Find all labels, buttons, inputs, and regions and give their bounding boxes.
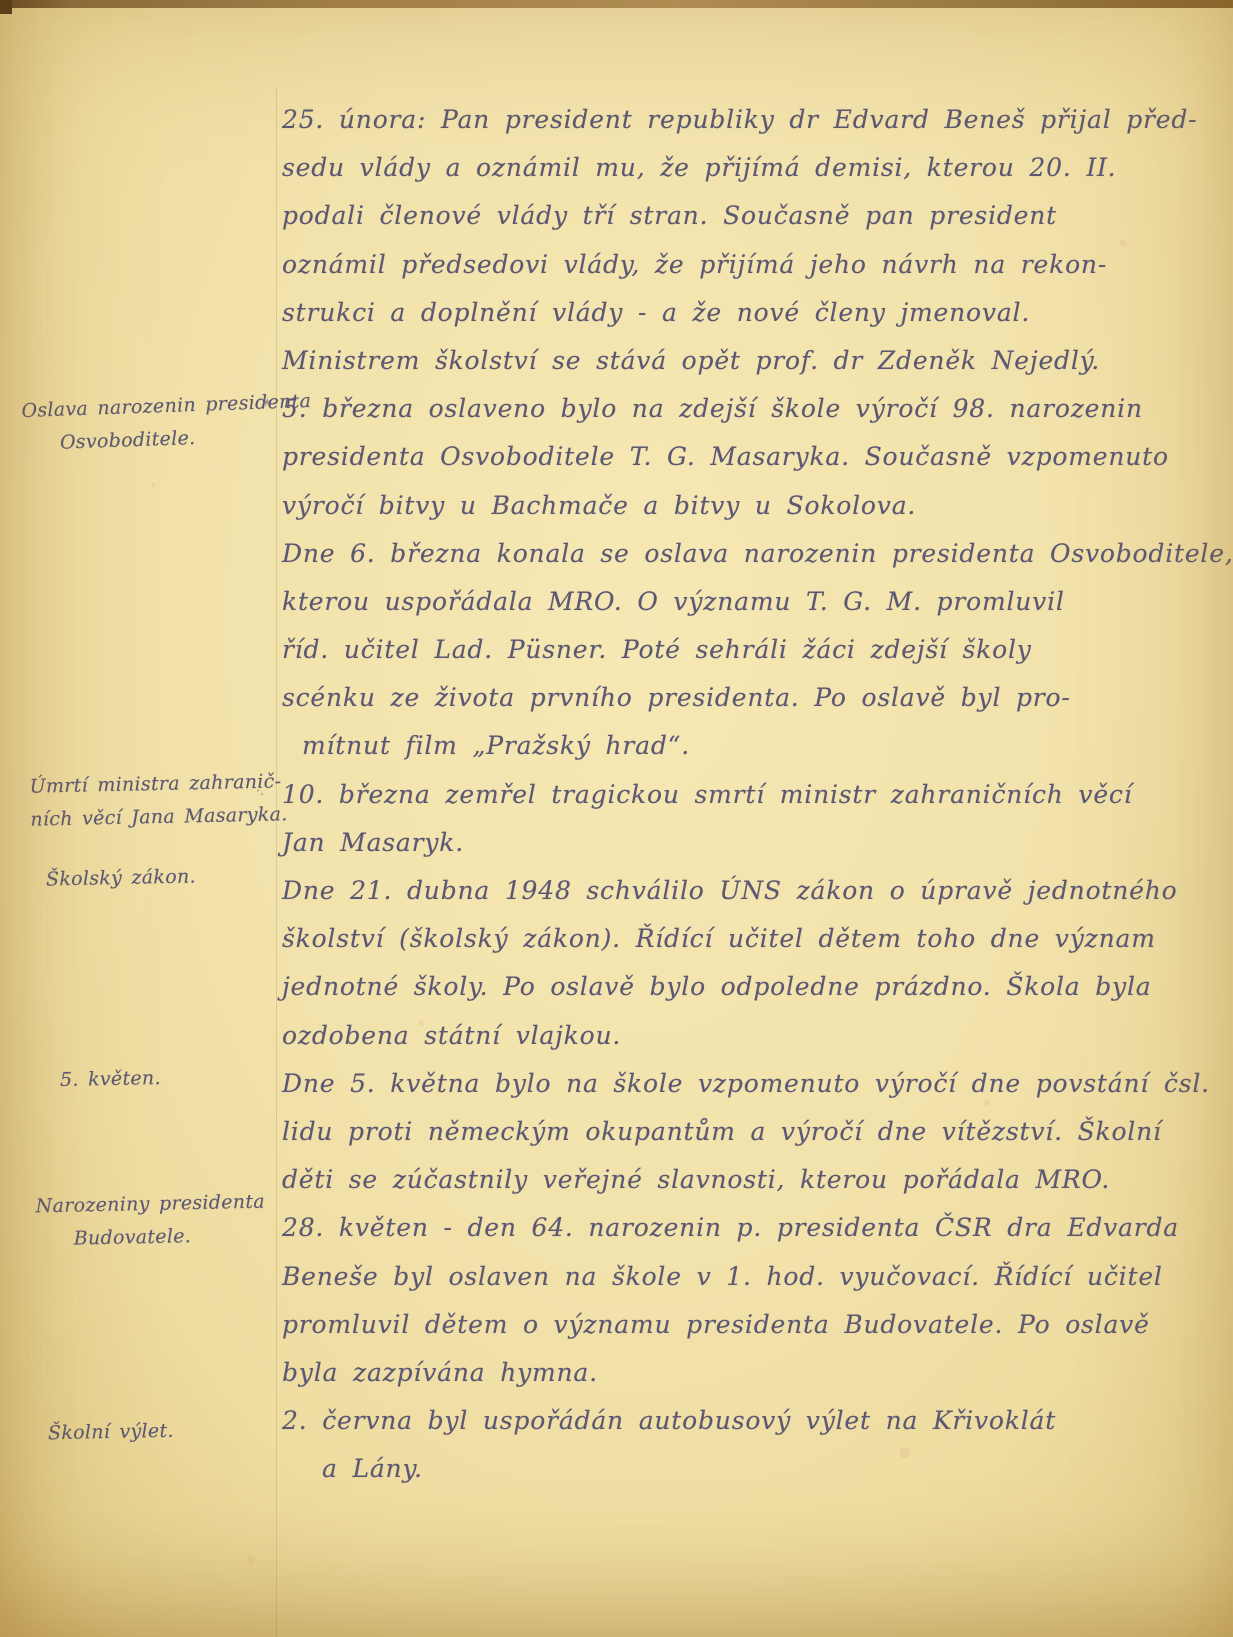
handwritten-line: říd. učitel Lad. Püsner. Poté sehráli žá… <box>282 626 1187 674</box>
binding-corner <box>0 0 12 14</box>
handwritten-line: kterou uspořádala MRO. O významu T. G. M… <box>282 578 1187 626</box>
margin-note-umrti-ministra: Úmrtí ministra zahranič- ních věcí Jana … <box>29 765 288 836</box>
handwritten-line: 28. květen - den 64. narozenin p. presid… <box>282 1204 1187 1252</box>
gutter-star-mark: ✶ <box>260 396 271 411</box>
handwritten-line: Ministrem školství se stává opět prof. d… <box>282 337 1187 385</box>
margin-note-skolni-vylet: Školní výlet. <box>48 1415 174 1451</box>
handwritten-line: byla zazpívána hymna. <box>282 1349 1187 1397</box>
margin-rule-line <box>276 88 277 1637</box>
handwritten-line: promluvil dětem o významu presidenta Bud… <box>282 1301 1187 1349</box>
handwritten-line: lidu proti německým okupantům a výročí d… <box>282 1108 1187 1156</box>
handwritten-line: Dne 21. dubna 1948 schválilo ÚNS zákon o… <box>282 867 1187 915</box>
handwritten-line: 5. března oslaveno bylo na zdejší škole … <box>282 385 1187 433</box>
handwritten-line: strukci a doplnění vlády - a že nové čle… <box>282 289 1187 337</box>
handwritten-line: sedu vlády a oznámil mu, že přijímá demi… <box>282 144 1187 192</box>
handwritten-line: mítnut film „Pražský hrad“. <box>282 722 1187 770</box>
handwritten-line: Dne 6. března konala se oslava narozenin… <box>282 530 1187 578</box>
handwritten-line: a Lány. <box>282 1445 1187 1493</box>
handwritten-line: presidenta Osvoboditele T. G. Masaryka. … <box>282 433 1187 481</box>
book-binding-edge <box>0 0 1233 8</box>
handwritten-line: 10. března zemřel tragickou smrtí minist… <box>282 771 1187 819</box>
handwritten-line: Beneše byl oslaven na škole v 1. hod. vy… <box>282 1253 1187 1301</box>
handwritten-line: Dne 5. května bylo na škole vzpomenuto v… <box>282 1060 1187 1108</box>
handwritten-line: Jan Masaryk. <box>282 819 1187 867</box>
handwritten-line: scénku ze života prvního presidenta. Po … <box>282 674 1187 722</box>
margin-note-skolsky-zakon: Školský zákon. <box>46 860 197 896</box>
handwritten-line: ozdobena státní vlajkou. <box>282 1012 1187 1060</box>
handwritten-line: oznámil předsedovi vlády, že přijímá jeh… <box>282 241 1187 289</box>
handwritten-line: výročí bitvy u Bachmače a bitvy u Sokolo… <box>282 482 1187 530</box>
handwritten-line: 2. června byl uspořádán autobusový výlet… <box>282 1397 1187 1445</box>
handwritten-line: jednotné školy. Po oslavě bylo odpoledne… <box>282 963 1187 1011</box>
handwritten-line: školství (školský zákon). Řídící učitel … <box>282 915 1187 963</box>
handwritten-line: děti se zúčastnily veřejné slavnosti, kt… <box>282 1156 1187 1204</box>
chronicle-page: Oslava narozenin presidenta Osvoboditele… <box>0 0 1233 1637</box>
handwritten-line: 25. února: Pan president republiky dr Ed… <box>282 96 1187 144</box>
handwritten-line: podali členové vlády tří stran. Současně… <box>282 192 1187 240</box>
handwritten-text-column: 25. února: Pan president republiky dr Ed… <box>282 96 1187 1493</box>
margin-note-narozeniny-budovatele: Narozeniny presidenta Budovatele. <box>35 1186 266 1257</box>
gutter-dot-mark: ·. <box>256 784 264 799</box>
margin-note-5-kveten: 5. květen. <box>60 1062 161 1097</box>
